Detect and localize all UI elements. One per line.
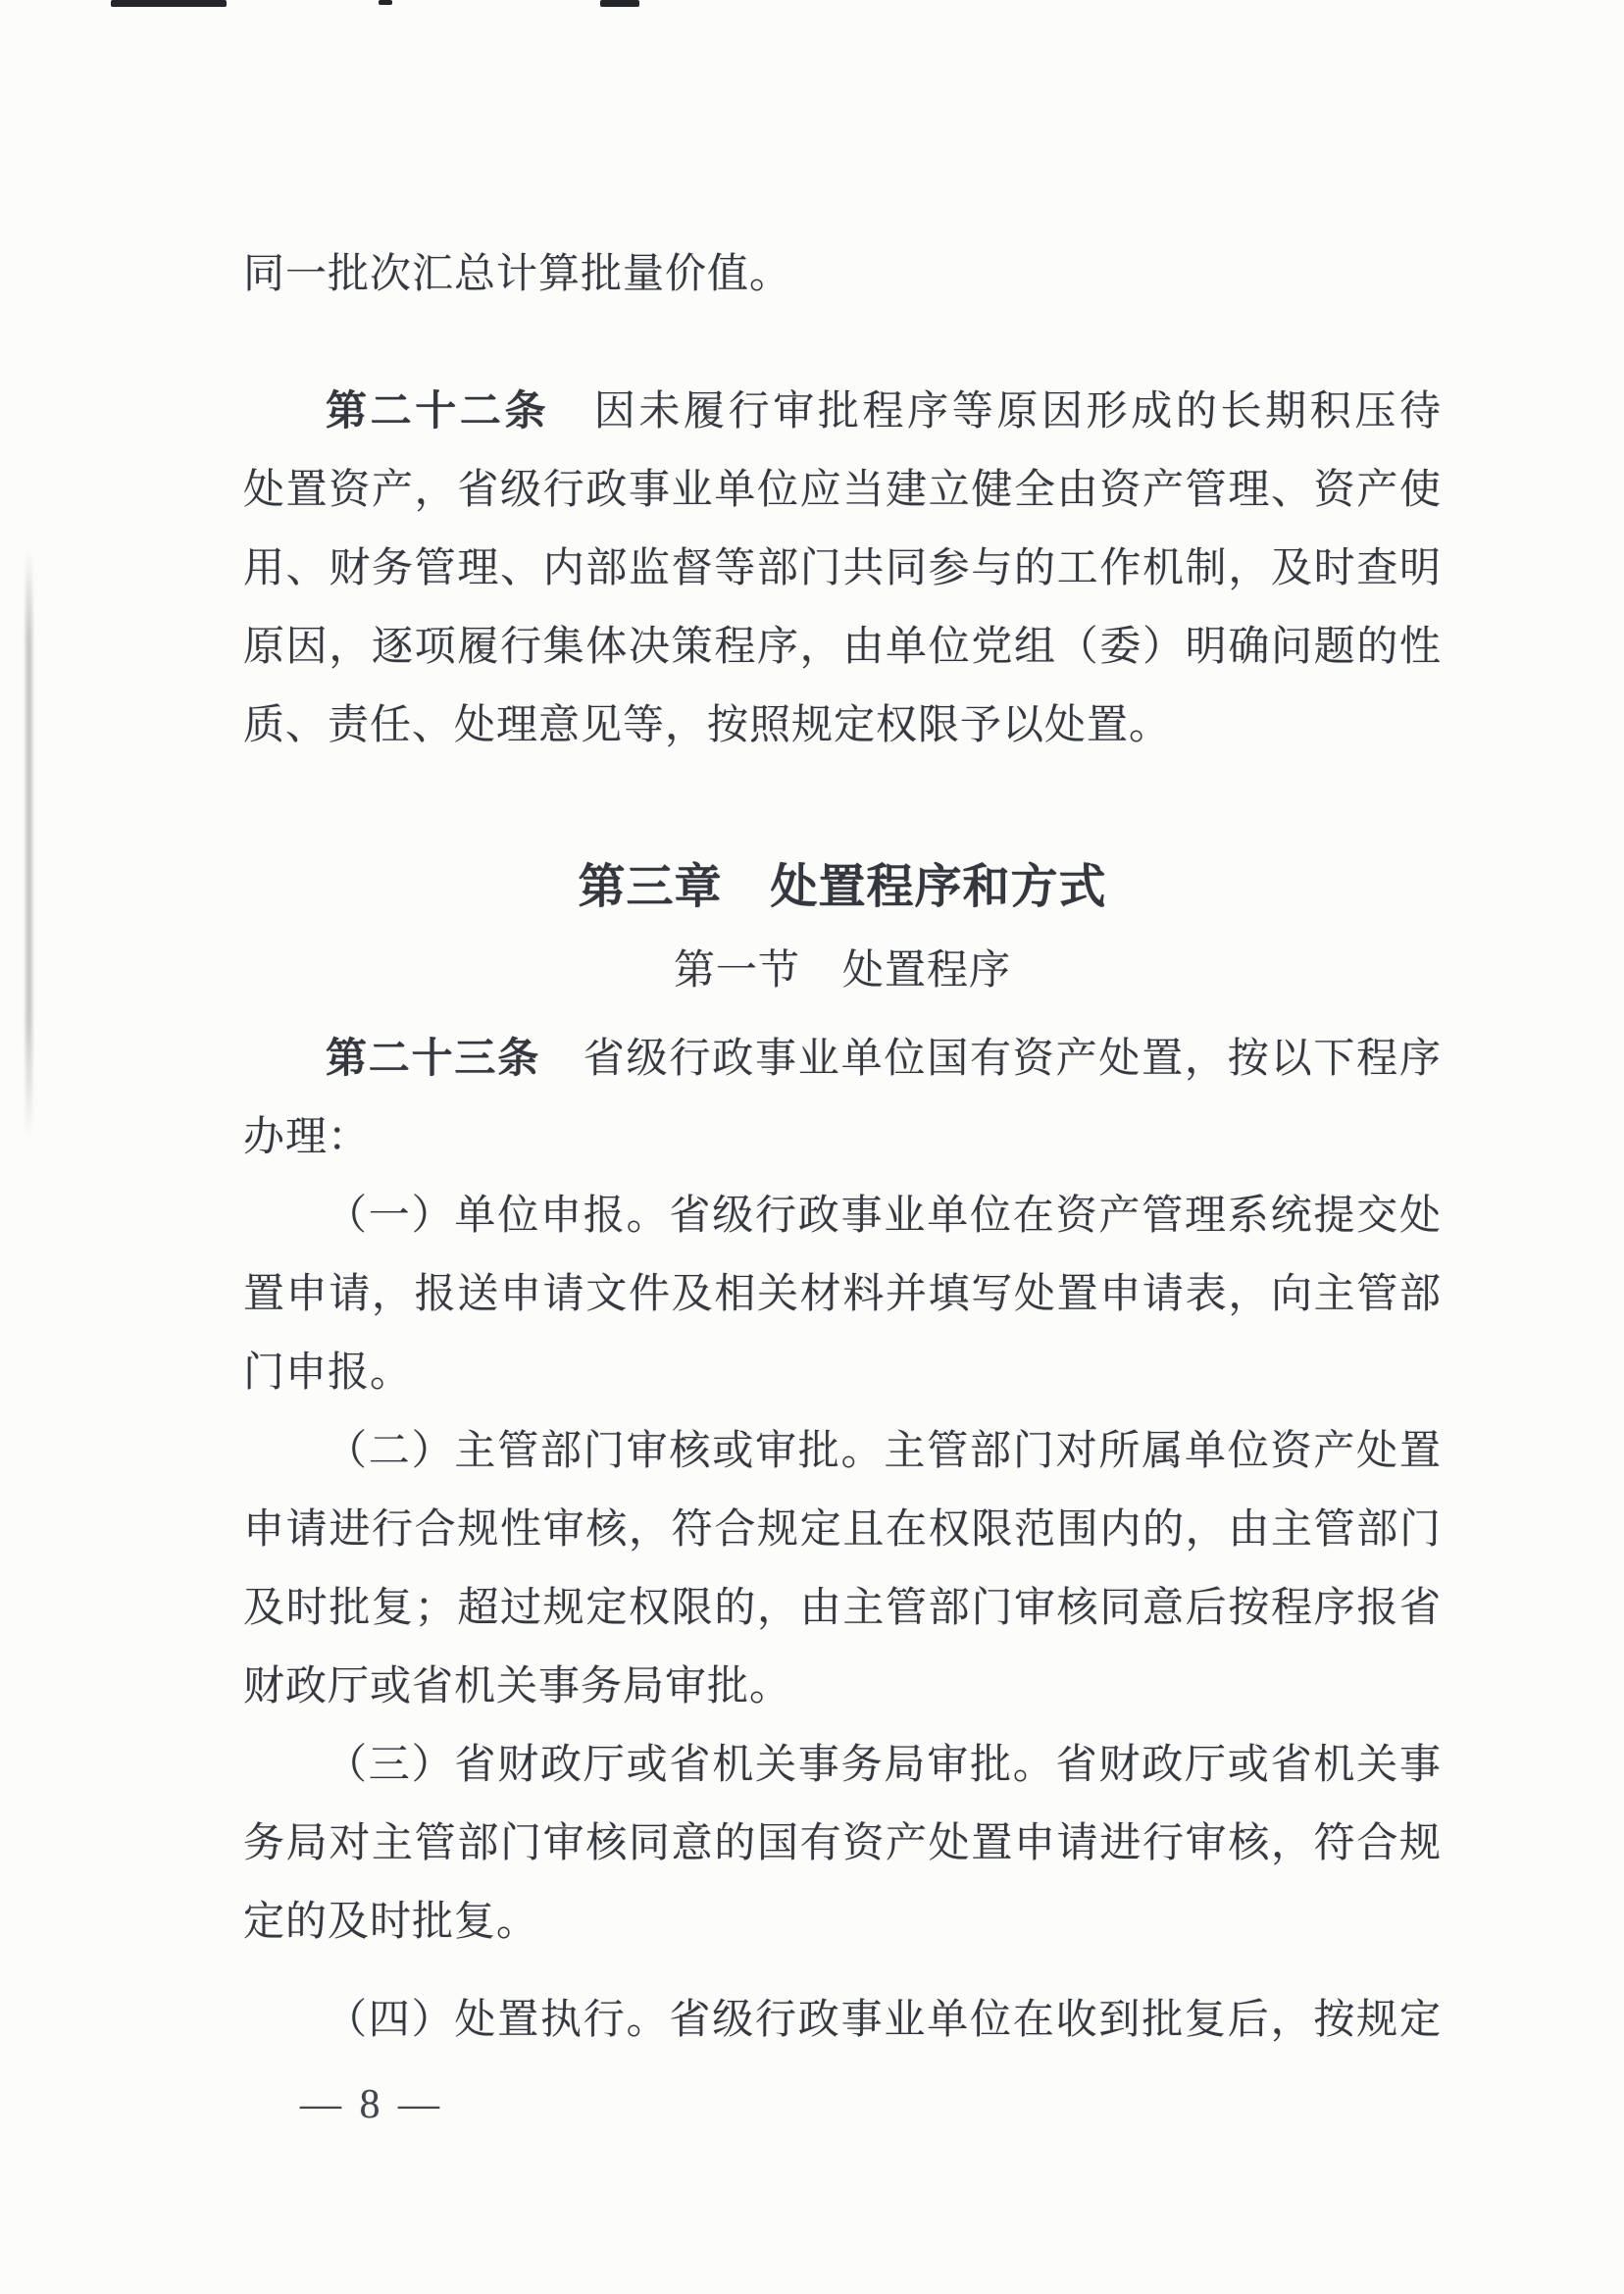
article-22-line-5: 质、责任、处理意见等，按照规定权限予以处置。 bbox=[243, 687, 1442, 765]
scan-artifact-top-middle bbox=[379, 0, 392, 5]
page-number: — 8 — bbox=[300, 2081, 443, 2128]
article-22-line-4: 原因，逐项履行集体决策程序，由单位党组（委）明确问题的性 bbox=[243, 608, 1442, 687]
article-22-line-2: 处置资产，省级行政事业单位应当建立健全由资产管理、资产使 bbox=[243, 451, 1442, 530]
item-3-line-1: （三）省财政厅或省机关事务局审批。省财政厅或省机关事 bbox=[243, 1726, 1442, 1805]
chapter-heading: 第三章 处置程序和方式 bbox=[243, 843, 1442, 932]
text-segment: 省级行政事业单位国有资产处置，按以下程序 bbox=[540, 1037, 1442, 1082]
item-2-line-3: 及时批复；超过规定权限的，由主管部门审核同意后按程序报省 bbox=[243, 1569, 1442, 1648]
item-1-line-1: （一）单位申报。省级行政事业单位在资产管理系统提交处 bbox=[243, 1177, 1442, 1255]
text-segment: 原因，逐项履行集体决策程序，由单位党组（委）明确问题的性 bbox=[243, 625, 1442, 670]
article-23-line-2: 办理： bbox=[243, 1098, 1442, 1177]
text-segment: 置申请，报送申请文件及相关材料并填写处置申请表，向主管部 bbox=[243, 1272, 1442, 1317]
scan-streak-left-edge bbox=[25, 549, 32, 1138]
item-2-line-1: （二）主管部门审核或审批。主管部门对所属单位资产处置 bbox=[243, 1412, 1442, 1491]
article-23-line-1: 第二十三条 省级行政事业单位国有资产处置，按以下程序 bbox=[243, 1020, 1442, 1098]
text-segment: 处置资产，省级行政事业单位应当建立健全由资产管理、资产使 bbox=[243, 468, 1442, 513]
text-segment: （一）单位申报。省级行政事业单位在资产管理系统提交处 bbox=[326, 1194, 1442, 1239]
item-3-line-3: 定的及时批复。 bbox=[243, 1883, 1442, 1962]
item-1-line-3: 门申报。 bbox=[243, 1334, 1442, 1412]
item-1-line-2: 置申请，报送申请文件及相关材料并填写处置申请表，向主管部 bbox=[243, 1255, 1442, 1334]
text-segment: 同一批次汇总计算批量价值。 bbox=[243, 252, 791, 297]
text-segment: 第三章 处置程序和方式 bbox=[578, 861, 1106, 913]
item-4-line-1: （四）处置执行。省级行政事业单位在收到批复后，按规定 bbox=[243, 1981, 1442, 2060]
text-segment: 第一节 处置程序 bbox=[674, 948, 1011, 994]
item-3-line-2: 务局对主管部门审核同意的国有资产处置申请进行审核，符合规 bbox=[243, 1805, 1442, 1883]
text-segment: （三）省财政厅或省机关事务局审批。省财政厅或省机关事 bbox=[326, 1743, 1442, 1788]
article-22-line-1: 第二十二条 因未履行审批程序等原因形成的长期积压待 bbox=[243, 373, 1442, 451]
text-segment: 务局对主管部门审核同意的国有资产处置申请进行审核，符合规 bbox=[243, 1821, 1442, 1866]
scan-artifact-top-left bbox=[111, 0, 227, 7]
text-segment: 质、责任、处理意见等，按照规定权限予以处置。 bbox=[243, 703, 1171, 748]
document-page: 同一批次汇总计算批量价值。第二十二条 因未履行审批程序等原因形成的长期积压待处置… bbox=[0, 0, 1624, 2294]
item-2-line-2: 申请进行合规性审核，符合规定且在权限范围内的，由主管部门 bbox=[243, 1491, 1442, 1569]
text-segment: （四）处置执行。省级行政事业单位在收到批复后，按规定 bbox=[326, 1998, 1442, 2043]
text-segment: 因未履行审批程序等原因形成的长期积压待 bbox=[549, 389, 1442, 434]
article-22-line-3: 用、财务管理、内部监督等部门共同参与的工作机制，及时查明 bbox=[243, 530, 1442, 608]
text-segment: 申请进行合规性审核，符合规定且在权限范围内的，由主管部门 bbox=[243, 1507, 1442, 1553]
section-heading: 第一节 处置程序 bbox=[243, 932, 1442, 1010]
text-segment: 定的及时批复。 bbox=[243, 1900, 538, 1945]
article-number-label: 第二十二条 bbox=[326, 389, 549, 434]
scan-artifact-top-right bbox=[600, 0, 639, 7]
body-line-batch-value: 同一批次汇总计算批量价值。 bbox=[243, 235, 1442, 314]
text-block: 同一批次汇总计算批量价值。第二十二条 因未履行审批程序等原因形成的长期积压待处置… bbox=[243, 235, 1442, 2060]
text-segment: 用、财务管理、内部监督等部门共同参与的工作机制，及时查明 bbox=[243, 546, 1442, 591]
text-segment: 财政厅或省机关事务局审批。 bbox=[243, 1664, 791, 1709]
text-segment: 门申报。 bbox=[243, 1351, 412, 1396]
text-segment: 办理： bbox=[243, 1115, 370, 1160]
text-segment: （二）主管部门审核或审批。主管部门对所属单位资产处置 bbox=[326, 1429, 1442, 1474]
item-2-line-4: 财政厅或省机关事务局审批。 bbox=[243, 1648, 1442, 1726]
text-segment: 及时批复；超过规定权限的，由主管部门审核同意后按程序报省 bbox=[243, 1586, 1442, 1631]
article-number-label: 第二十三条 bbox=[326, 1037, 540, 1082]
